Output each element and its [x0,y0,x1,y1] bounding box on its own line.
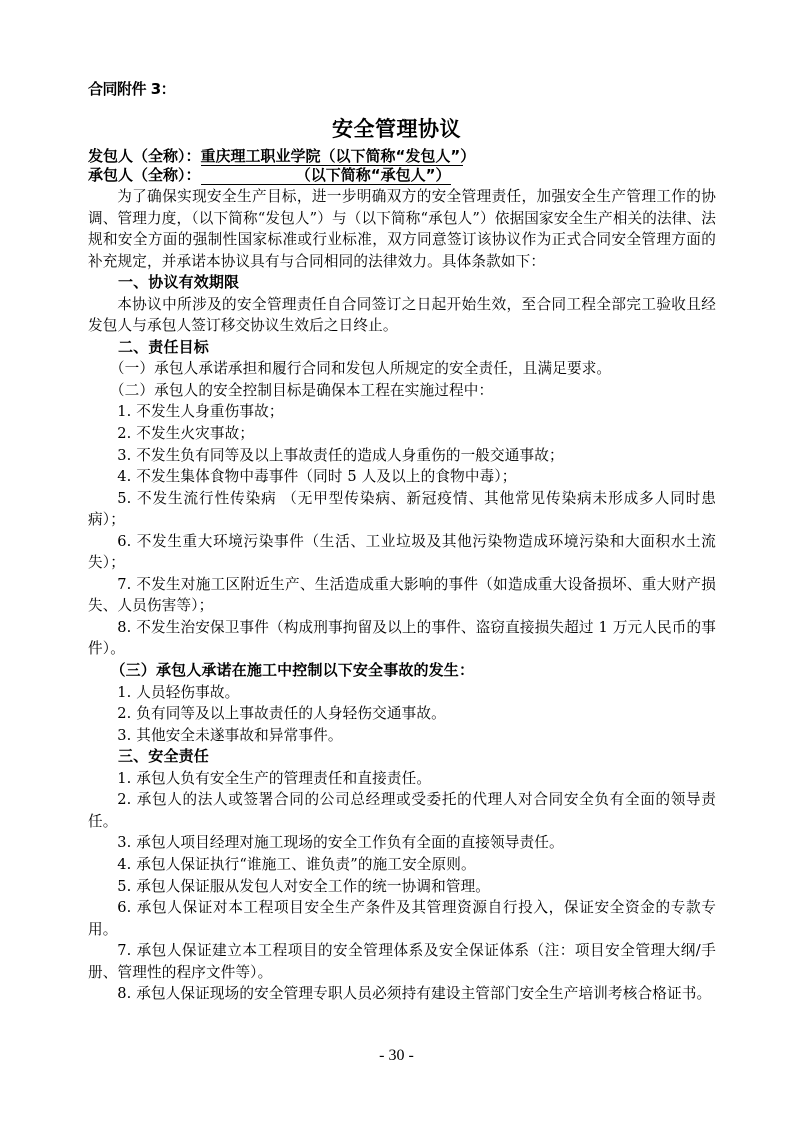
list-item: 4. 承包人保证执行“谁施工、谁负责”的施工安全原则。 [88,854,716,876]
attachment-label: 合同附件 3： [88,78,175,99]
contractor-label: 承包人（全称）： [88,166,201,184]
contractor-value: （以下简称“承包人”） [201,167,451,185]
employer-value: 重庆理工职业学院（以下简称“发包人”） [201,148,463,166]
paragraph: （二）承包人的安全控制目标是确保本工程在实施过程中： [88,380,716,402]
list-item: 3. 其他安全未遂事故和异常事件。 [88,725,716,747]
paragraph: （一）承包人承诺承担和履行合同和发包人所规定的安全责任，且满足要求。 [88,358,716,380]
contractor-value-text: （以下简称“承包人”） [296,166,451,184]
section-heading: 三、安全责任 [88,746,716,768]
section-heading: 二、责任目标 [88,337,716,359]
list-item: 1. 不发生人身重伤事故； [88,401,716,423]
section-heading: 一、协议有效期限 [88,272,716,294]
employer-label: 发包人（全称）： [88,147,201,165]
list-item: 8. 不发生治安保卫事件（构成刑事拘留及以上的事件、盗窃直接损失超过 1 万元人… [88,617,716,660]
list-item: 2. 不发生火灾事故； [88,423,716,445]
page-number: - 30 - [0,1047,793,1065]
list-item: 3. 承包人项目经理对施工现场的安全工作负有全面的直接领导责任。 [88,832,716,854]
list-item: 3. 不发生负有同等及以上事故责任的造成人身重伤的一般交通事故； [88,445,716,467]
employer-value-text: 重庆理工职业学院（以下简称“发包人”） [201,147,476,165]
employer-line: 发包人（全称）：重庆理工职业学院（以下简称“发包人”） [88,147,463,166]
subsection-heading: （三）承包人承诺在施工中控制以下安全事故的发生： [88,660,716,682]
paragraph: 本协议中所涉及的安全管理责任自合同签订之日起开始生效，至合同工程全部完工验收且经… [88,294,716,337]
list-item: 2. 负有同等及以上事故责任的人身轻伤交通事故。 [88,703,716,725]
list-item: 1. 人员轻伤事故。 [88,682,716,704]
list-item: 7. 承包人保证建立本工程项目的安全管理体系及安全保证体系（注：项目安全管理大纲… [88,940,716,983]
list-item: 5. 承包人保证服从发包人对安全工作的统一协调和管理。 [88,876,716,898]
list-item: 8. 承包人保证现场的安全管理专职人员必须持有建设主管部门安全生产培训考核合格证… [88,983,716,1005]
list-item: 6. 不发生重大环境污染事件（生活、工业垃圾及其他污染物造成环境污染和大面积水土… [88,531,716,574]
contractor-line: 承包人（全称）：（以下简称“承包人”） [88,166,451,185]
list-item: 6. 承包人保证对本工程项目安全生产条件及其管理资源自行投入，保证安全资金的专款… [88,897,716,940]
document-body: 为了确保实现安全生产目标，进一步明确双方的安全管理责任，加强安全生产管理工作的协… [88,186,716,1005]
document-title: 安全管理协议 [0,113,793,143]
list-item: 4. 不发生集体食物中毒事件（同时 5 人及以上的食物中毒）； [88,466,716,488]
list-item: 2. 承包人的法人或签署合同的公司总经理或受委托的代理人对合同安全负有全面的领导… [88,789,716,832]
list-item: 1. 承包人负有安全生产的管理责任和直接责任。 [88,768,716,790]
intro-paragraph: 为了确保实现安全生产目标，进一步明确双方的安全管理责任，加强安全生产管理工作的协… [88,186,716,272]
list-item: 7. 不发生对施工区附近生产、生活造成重大影响的事件（如造成重大设备损坏、重大财… [88,574,716,617]
list-item: 5. 不发生流行性传染病 （无甲型传染病、新冠疫情、其他常见传染病未形成多人同时… [88,488,716,531]
